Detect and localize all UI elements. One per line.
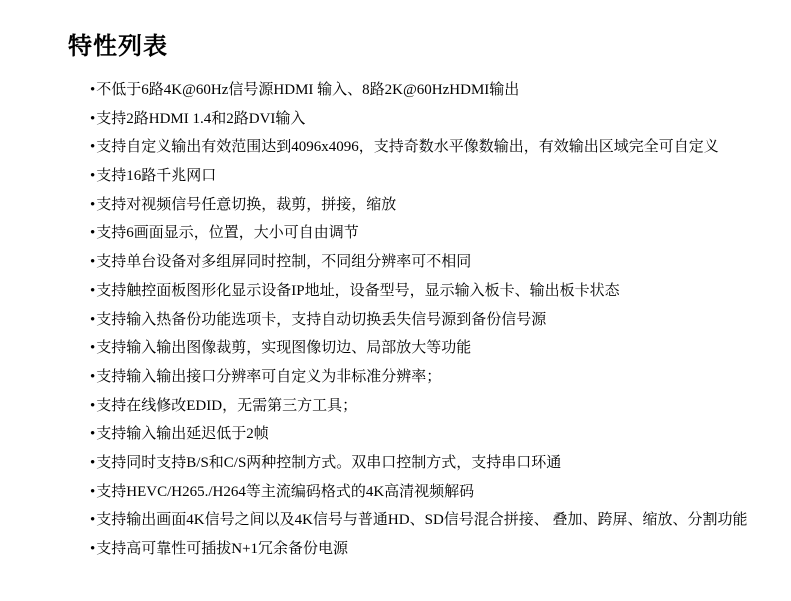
feature-list: •不低于6路4K@60Hz信号源HDMI 输入、8路2K@60HzHDMI输出 … bbox=[90, 82, 748, 570]
feature-item: •支持输入输出延迟低于2帧 bbox=[90, 426, 748, 442]
feature-text: 支持自定义输出有效范围达到4096x4096，支持奇数水平像数输出，有效输出区域… bbox=[96, 139, 719, 155]
feature-item: •支持同时支持B/S和C/S两种控制方式。双串口控制方式，支持串口环通 bbox=[90, 455, 748, 471]
feature-text: 支持对视频信号任意切换，裁剪，拼接，缩放 bbox=[96, 197, 396, 213]
feature-item: •支持单台设备对多组屏同时控制，不同组分辨率可不相同 bbox=[90, 254, 748, 270]
feature-text: 支持高可靠性可插拔N+1冗余备份电源 bbox=[96, 541, 348, 557]
feature-text: 不低于6路4K@60Hz信号源HDMI 输入、8路2K@60HzHDMI输出 bbox=[96, 82, 519, 98]
feature-item: •支持输出画面4K信号之间以及4K信号与普通HD、SD信号混合拼接、 叠加、跨屏… bbox=[90, 512, 748, 528]
bullet-icon: • bbox=[90, 168, 95, 184]
feature-item: •支持HEVC/H265./H264等主流编码格式的4K高清视频解码 bbox=[90, 484, 748, 500]
feature-item: •支持在线修改EDID，无需第三方工具； bbox=[90, 398, 748, 414]
feature-text: 支持在线修改EDID，无需第三方工具； bbox=[96, 398, 357, 414]
feature-text: 支持2路HDMI 1.4和2路DVI输入 bbox=[96, 111, 305, 127]
bullet-icon: • bbox=[90, 111, 95, 127]
bullet-icon: • bbox=[90, 398, 95, 414]
feature-item: •支持触控面板图形化显示设备IP地址，设备型号，显示输入板卡、输出板卡状态 bbox=[90, 283, 748, 299]
feature-item: •支持2路HDMI 1.4和2路DVI输入 bbox=[90, 111, 748, 127]
feature-item: •支持输入输出接口分辨率可自定义为非标准分辨率； bbox=[90, 369, 748, 385]
feature-text: 支持同时支持B/S和C/S两种控制方式。双串口控制方式，支持串口环通 bbox=[96, 455, 561, 471]
feature-text: 支持输入输出图像裁剪，实现图像切边、局部放大等功能 bbox=[96, 340, 471, 356]
feature-item: •支持对视频信号任意切换，裁剪，拼接，缩放 bbox=[90, 197, 748, 213]
bullet-icon: • bbox=[90, 541, 95, 557]
bullet-icon: • bbox=[90, 369, 95, 385]
bullet-icon: • bbox=[90, 283, 95, 299]
feature-item: •支持输入热备份功能选项卡，支持自动切换丢失信号源到备份信号源 bbox=[90, 312, 748, 328]
bullet-icon: • bbox=[90, 254, 95, 270]
document-page: 特性列表 •不低于6路4K@60Hz信号源HDMI 输入、8路2K@60HzHD… bbox=[0, 0, 791, 601]
feature-text: 支持HEVC/H265./H264等主流编码格式的4K高清视频解码 bbox=[96, 484, 474, 500]
feature-text: 支持输出画面4K信号之间以及4K信号与普通HD、SD信号混合拼接、 叠加、跨屏、… bbox=[96, 512, 747, 528]
bullet-icon: • bbox=[90, 512, 95, 528]
feature-item: •支持输入输出图像裁剪，实现图像切边、局部放大等功能 bbox=[90, 340, 748, 356]
bullet-icon: • bbox=[90, 426, 95, 442]
feature-item: •支持6画面显示，位置，大小可自由调节 bbox=[90, 225, 748, 241]
bullet-icon: • bbox=[90, 139, 95, 155]
feature-text: 支持输入热备份功能选项卡，支持自动切换丢失信号源到备份信号源 bbox=[96, 312, 546, 328]
bullet-icon: • bbox=[90, 82, 95, 98]
bullet-icon: • bbox=[90, 197, 95, 213]
feature-text: 支持输入输出接口分辨率可自定义为非标准分辨率； bbox=[96, 369, 441, 385]
feature-text: 支持16路千兆网口 bbox=[96, 168, 216, 184]
feature-text: 支持单台设备对多组屏同时控制，不同组分辨率可不相同 bbox=[96, 254, 471, 270]
feature-item: •支持高可靠性可插拔N+1冗余备份电源 bbox=[90, 541, 748, 557]
feature-item: •不低于6路4K@60Hz信号源HDMI 输入、8路2K@60HzHDMI输出 bbox=[90, 82, 748, 98]
feature-text: 支持6画面显示，位置，大小可自由调节 bbox=[96, 225, 359, 241]
page-title: 特性列表 bbox=[68, 26, 168, 61]
bullet-icon: • bbox=[90, 455, 95, 471]
feature-item: •支持自定义输出有效范围达到4096x4096，支持奇数水平像数输出，有效输出区… bbox=[90, 139, 748, 155]
feature-item: •支持16路千兆网口 bbox=[90, 168, 748, 184]
feature-text: 支持触控面板图形化显示设备IP地址，设备型号，显示输入板卡、输出板卡状态 bbox=[96, 283, 619, 299]
bullet-icon: • bbox=[90, 340, 95, 356]
bullet-icon: • bbox=[90, 312, 95, 328]
bullet-icon: • bbox=[90, 484, 95, 500]
feature-text: 支持输入输出延迟低于2帧 bbox=[96, 426, 269, 442]
bullet-icon: • bbox=[90, 225, 95, 241]
